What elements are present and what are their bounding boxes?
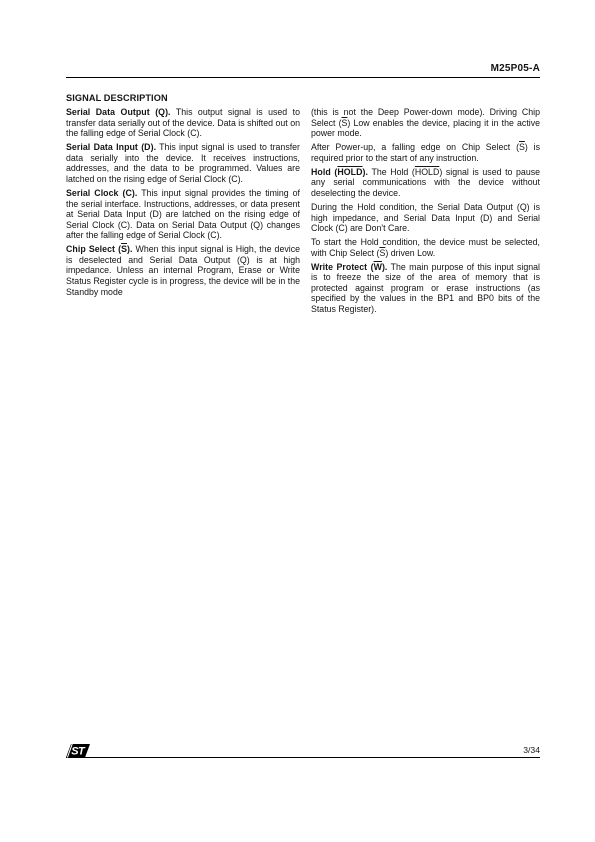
paragraph: Serial Data Output (Q). This output sign… — [66, 107, 300, 139]
left-column: Serial Data Output (Q). This output sign… — [66, 107, 300, 318]
paragraph: Serial Clock (C). This input signal prov… — [66, 188, 300, 241]
datasheet-page: M25P05-A SIGNAL DESCRIPTION Serial Data … — [0, 0, 595, 842]
st-logo-icon: ST — [66, 744, 90, 758]
page-number: 3/34 — [523, 745, 540, 755]
paragraph: Chip Select (S). When this input signal … — [66, 244, 300, 297]
paragraph: Write Protect (W). The main purpose of t… — [311, 262, 540, 315]
body-columns: Serial Data Output (Q). This output sign… — [66, 107, 540, 318]
header-rule — [66, 77, 540, 78]
paragraph: During the Hold condition, the Serial Da… — [311, 202, 540, 234]
right-column: (this is not the Deep Power-down mode). … — [311, 107, 540, 318]
doc-number: M25P05-A — [491, 63, 540, 74]
paragraph: Serial Data Input (D). This input signal… — [66, 142, 300, 184]
paragraph: (this is not the Deep Power-down mode). … — [311, 107, 540, 139]
st-logo-text: ST — [71, 746, 86, 758]
paragraph: To start the Hold condition, the device … — [311, 237, 540, 258]
footer-rule — [66, 757, 540, 758]
paragraph: After Power-up, a falling edge on Chip S… — [311, 142, 540, 163]
paragraph: Hold (HOLD). The Hold (HOLD) signal is u… — [311, 167, 540, 199]
section-title: SIGNAL DESCRIPTION — [66, 93, 168, 103]
